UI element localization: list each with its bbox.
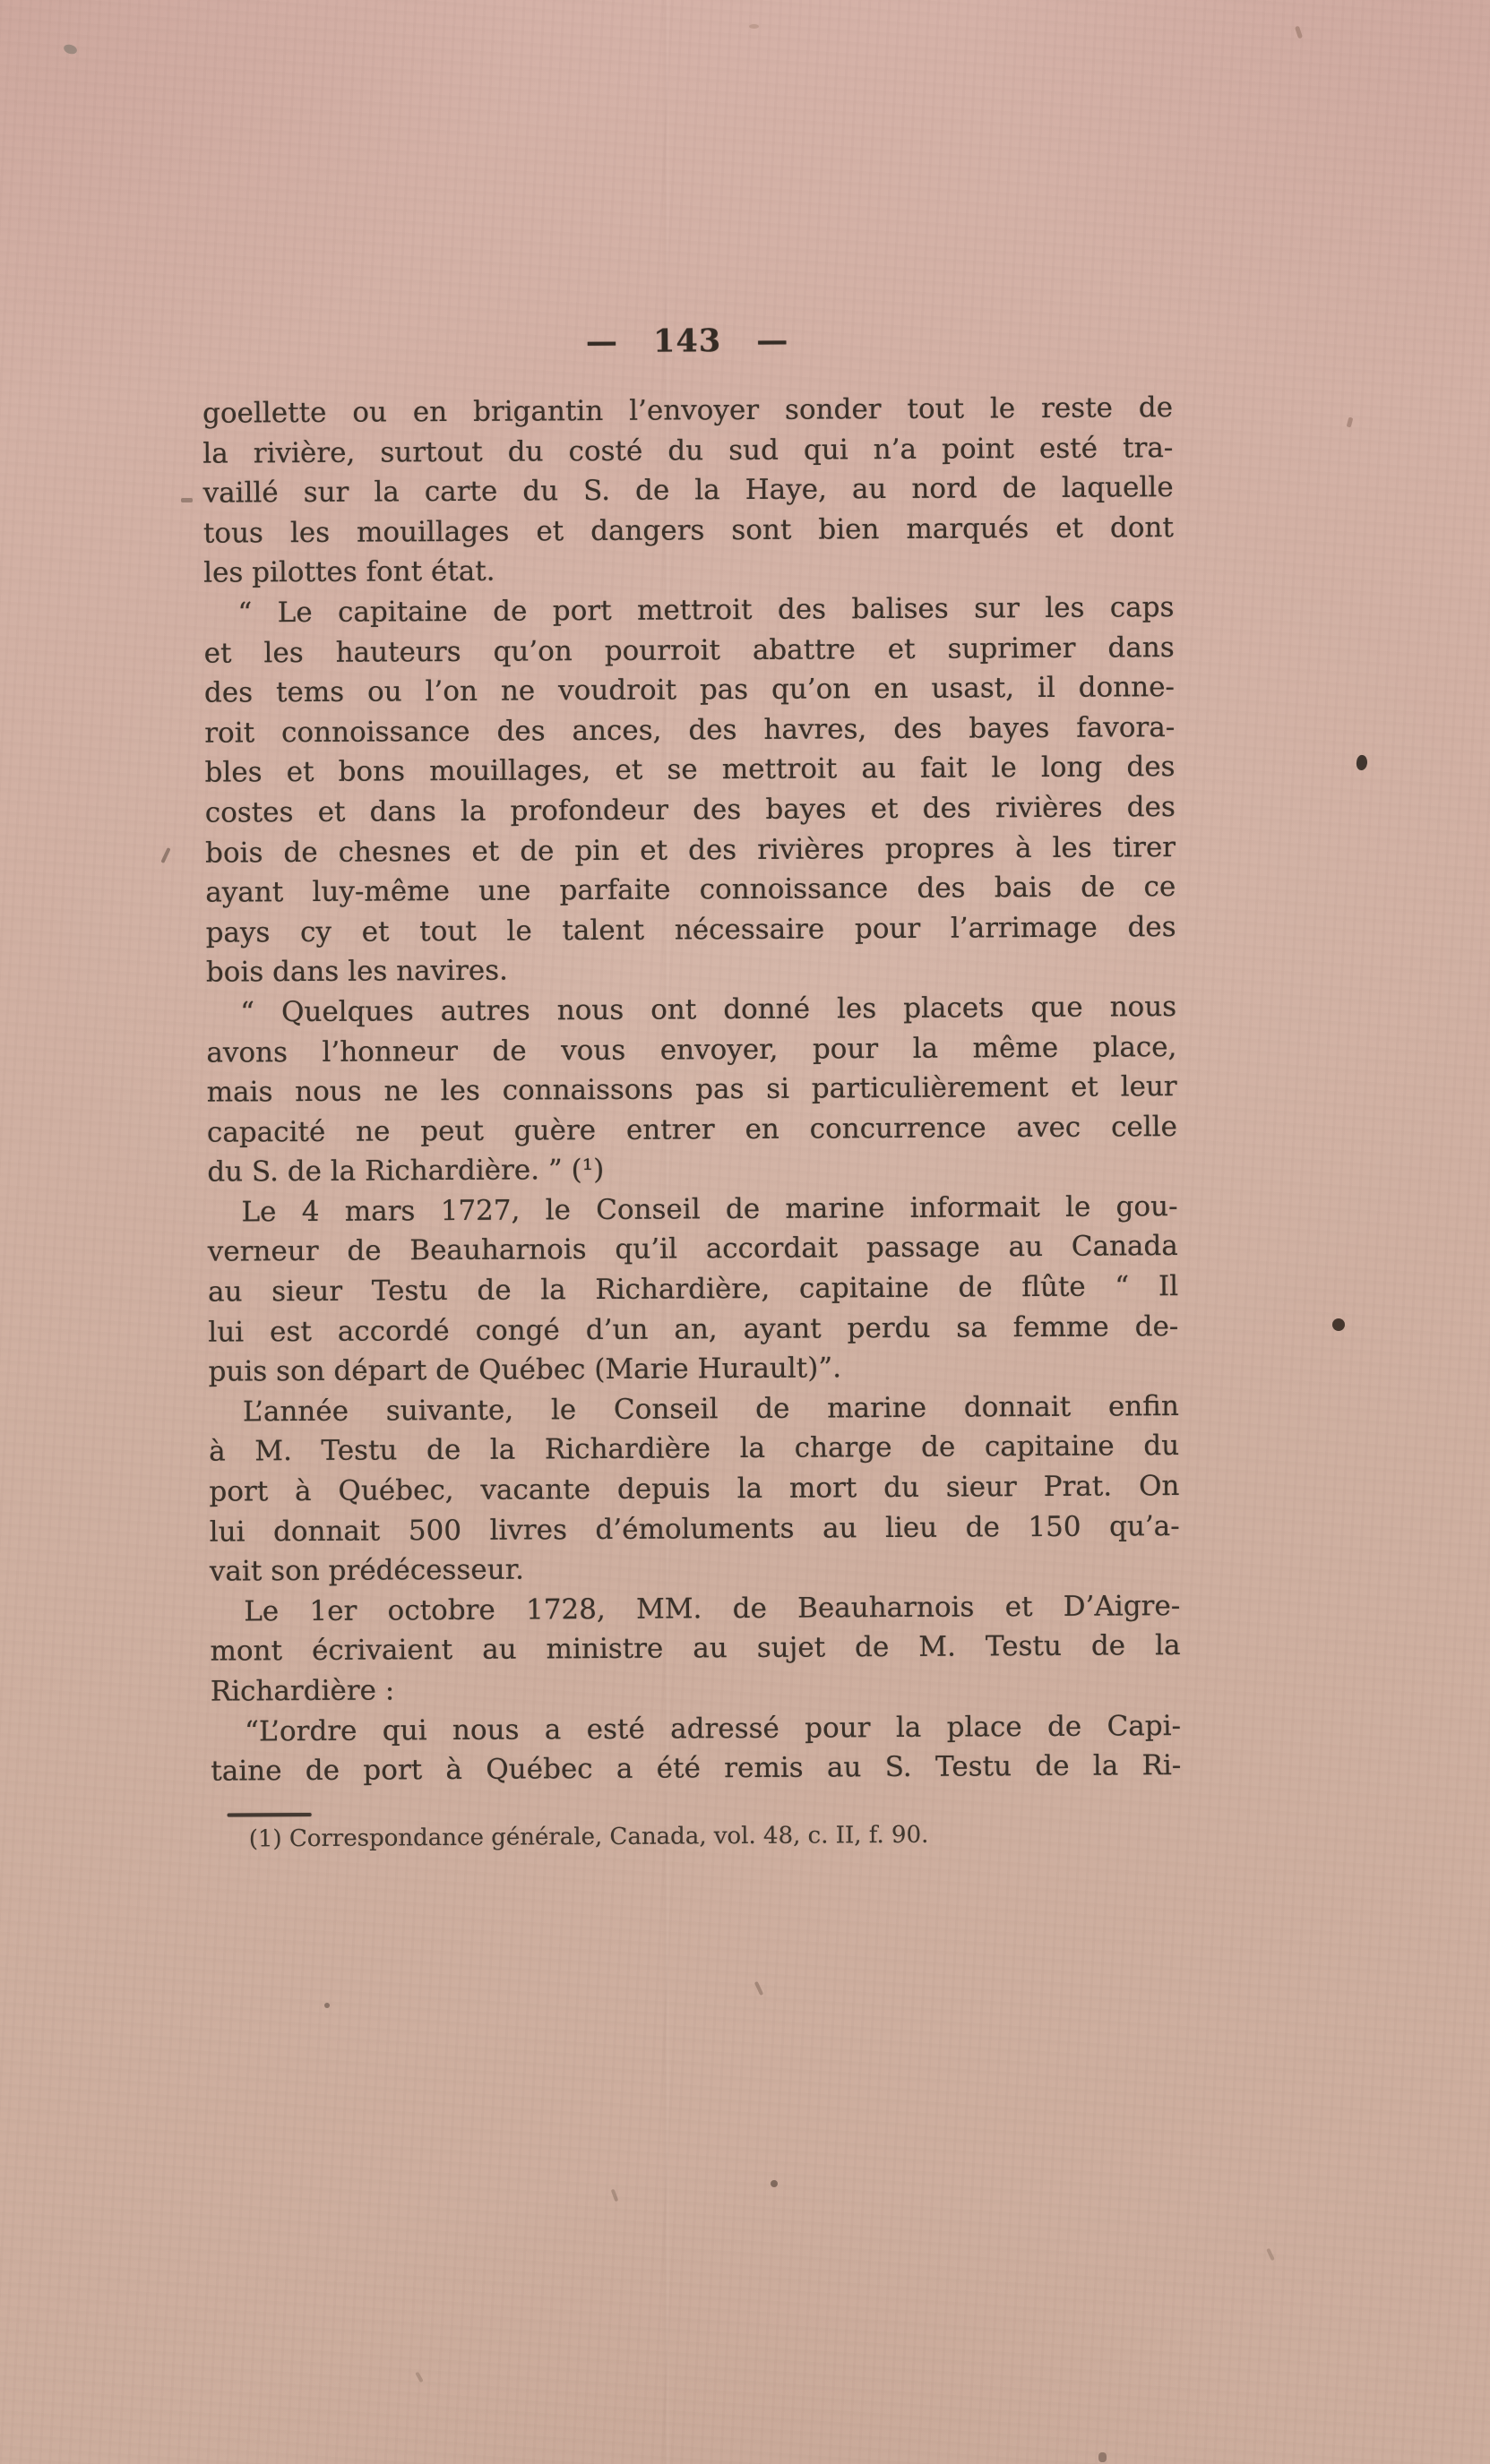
text-line: “ Quelques autres nous ont donné les pla… [206,987,1176,1033]
footnote-rule [228,1813,312,1817]
text-line: pays cy et tout le talent nécessaire pou… [205,907,1176,953]
scanned-book-page: — 143 — goellette ou en brigantin l’envo… [0,0,1490,2464]
text-line: costes et dans la profondeur des bayes e… [205,787,1176,833]
text-line: goellette ou en brigantin l’envoyer sond… [202,388,1173,434]
text-line: Le 4 mars 1727, le Conseil de marine inf… [207,1187,1177,1232]
text-line: des tems ou l’on ne voudroit pas qu’on e… [204,667,1175,713]
text-line: les pilottes font état. [203,547,1174,593]
text-line: mais nous ne les connaissons pas si part… [207,1067,1177,1112]
text-line: Richardière : [211,1666,1181,1712]
text-line: ayant luy-même une parfaite connoissance… [205,867,1176,913]
text-line: verneur de Beauharnois qu’il accordait p… [208,1227,1178,1273]
paragraph: L’année suivante, le Conseil de marine d… [209,1387,1180,1593]
paragraph: Le 1er octobre 1728, MM. de Beauharnois … [210,1586,1181,1712]
text-line: capacité ne peut guère entrer en concurr… [207,1107,1177,1153]
text-line: lui donnait 500 livres d’émoluments au l… [210,1507,1180,1552]
text-line: au sieur Testu de la Richardière, capita… [208,1266,1178,1312]
text-line: avons l’honneur de vous envoyer, pour la… [206,1027,1176,1073]
page-content: — 143 — goellette ou en brigantin l’envo… [0,0,1490,2464]
paragraph: “ Quelques autres nous ont donné les pla… [206,987,1177,1193]
text-line: lui est accordé congé d’un an, ayant per… [208,1307,1178,1352]
footnote: (1) Correspondance générale, Canada, vol… [211,1818,1182,1855]
text-line: vait son prédécesseur. [210,1546,1180,1592]
page-number: — 143 — [202,320,1172,363]
paragraph: goellette ou en brigantin l’envoyer sond… [202,388,1174,594]
text-line: à M. Testu de la Richardière la charge d… [209,1426,1179,1472]
text-line: et les hauteurs qu’on pourroit abattre e… [204,628,1175,674]
text-line: tous les mouillages et dangers sont bien… [203,508,1174,554]
text-line: L’année suivante, le Conseil de marine d… [209,1387,1179,1432]
text-line: mont écrivaient au ministre au sujet de … [210,1626,1180,1671]
paragraph: “ Le capitaine de port mettroit des bali… [203,588,1176,993]
text-block: goellette ou en brigantin l’envoyer sond… [202,388,1182,1854]
text-line: Le 1er octobre 1728, MM. de Beauharnois … [210,1586,1180,1632]
text-line: bois dans les navires. [206,947,1176,992]
text-line: roit connoissance des ances, des havres,… [204,708,1175,753]
text-line: “L’ordre qui nous a esté adressé pour la… [211,1706,1181,1752]
text-line: bles et bons mouillages, et se mettroit … [204,747,1175,793]
paragraph: Le 4 mars 1727, le Conseil de marine inf… [207,1187,1178,1393]
text-line: du S. de la Richardière. ” (¹) [207,1146,1177,1192]
text-line: “ Le capitaine de port mettroit des bali… [203,588,1174,633]
text-line: bois de chesnes et de pin et des rivière… [205,828,1176,873]
text-line: puis son départ de Québec (Marie Hurault… [208,1346,1178,1392]
paragraph: “L’ordre qui nous a esté adressé pour la… [211,1706,1182,1792]
text-line: taine de port à Québec a été remis au S.… [211,1746,1181,1791]
text-line: port à Québec, vacante depuis la mort du… [209,1466,1179,1512]
text-line: vaillé sur la carte du S. de la Haye, au… [202,468,1173,513]
text-line: la rivière, surtout du costé du sud qui … [202,428,1173,474]
